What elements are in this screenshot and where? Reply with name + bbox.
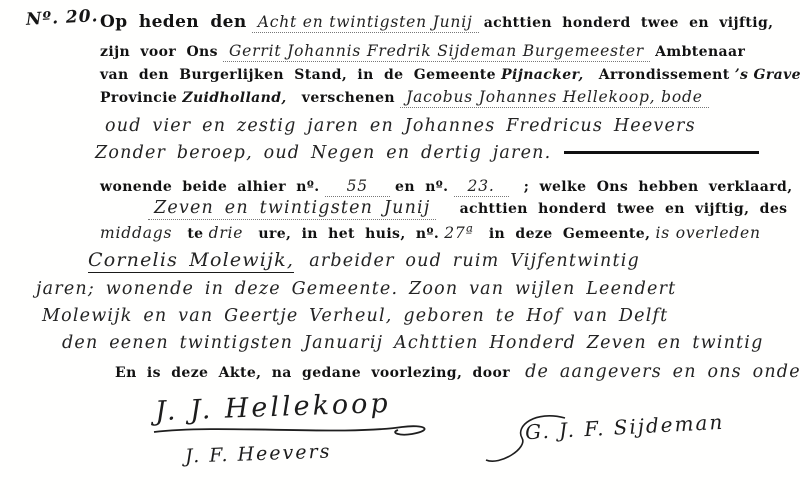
line-deceased-residence-father: jaren; wonende in deze Gemeente. Zoon va… (36, 279, 676, 299)
handwritten-house-number-2: 23. (454, 177, 509, 197)
line-deceased-birthdate: den eenen twintigsten Januarij Achttien … (62, 333, 763, 353)
signature-informant2: J. F. Heevers (185, 440, 332, 467)
handwritten-death-house-number: 27ª (444, 224, 474, 242)
handwritten-deceased-name: Cornelis Molewijk, (88, 249, 294, 273)
handwritten-registration-date: Acht en twintigsten Junij (252, 13, 479, 33)
handwritten-deceased-occupation-age: arbeider oud ruim Vijfentwintig (309, 251, 640, 271)
printed-verklaard-dat-op-den: ; welke Ons hebben verklaard, dat op den (524, 179, 800, 195)
handwritten-hour: drie (209, 224, 244, 242)
municipality-name: Pijnacker, (501, 67, 584, 83)
line-closing: En is deze Akte, na gedane voorlezing, d… (115, 362, 800, 382)
line-death-time-place: middags te drie ure, in het huis, nº. 27… (100, 223, 761, 242)
printed-burgerlijke-stand: van den Burgerlijken Stand, in de Gemeen… (100, 67, 496, 83)
printed-verschenen: verschenen (302, 90, 395, 106)
handwritten-informant-ages: oud vier en zestig jaren en Johannes Fre… (105, 116, 696, 136)
line-house-numbers: wonende beide alhier nº. 55 en nº. 23. ;… (100, 176, 800, 195)
printed-provincie: Provincie (100, 90, 177, 106)
handwritten-is-overleden: is overleden (655, 224, 760, 242)
line-informant-ages: oud vier en zestig jaren en Johannes Fre… (105, 116, 696, 136)
printed-wonende-alhier: wonende beide alhier nº. (100, 179, 320, 195)
printed-closing: En is deze Akte, na gedane voorlezing, d… (115, 365, 510, 381)
line-deceased-mother-birthplace: Molewijk en van Geertje Verheul, geboren… (42, 306, 668, 326)
printed-te: te (187, 226, 203, 242)
printed-year-1852: achttien honderd twee en vijftig, (484, 15, 774, 31)
printed-ambtenaar: Ambtenaar (655, 44, 745, 60)
filler-rule (564, 151, 759, 154)
handwritten-informant2-details: Zonder beroep, oud Negen en dertig jaren… (95, 143, 551, 163)
printed-ure-huis-no: ure, in het huis, nº. (258, 226, 439, 242)
handwritten-house-number-1: 55 (325, 177, 390, 197)
line-municipality: van den Burgerlijken Stand, in de Gemeen… (100, 64, 800, 83)
line-informant2-age: Zonder beroep, oud Negen en dertig jaren… (95, 143, 759, 163)
province-name: Zuidholland, (182, 90, 286, 106)
death-certificate-page: Nº. 20. Op heden den Acht en twintigsten… (0, 0, 800, 498)
act-number: Nº. 20. (26, 6, 99, 30)
line-death-date: Zeven en twintigsten Junij achttien hond… (148, 198, 787, 218)
line-province-informant: Provincie Zuidholland, verschenen Jacobu… (100, 87, 709, 106)
printed-zijn-voor-ons: zijn voor Ons (100, 44, 218, 60)
handwritten-death-date: Zeven en twintigsten Junij (148, 198, 436, 220)
line-deceased-name: Cornelis Molewijk, arbeider oud ruim Vij… (88, 249, 640, 271)
line-registrar: zijn voor Ons Gerrit Johannis Fredrik Si… (100, 41, 745, 60)
handwritten-birthdate: den eenen twintigsten Januarij Achttien … (62, 333, 763, 353)
arrondissement-name: ’s Gravenhage, (735, 67, 800, 83)
printed-arrondissement: Arrondissement (599, 67, 730, 83)
handwritten-registrar-name: Gerrit Johannis Fredrik Sijdeman Burgeme… (223, 42, 650, 62)
line-registration-date: Op heden den Acht en twintigsten Junij a… (100, 12, 773, 32)
printed-op-heden-den: Op heden den (100, 12, 247, 32)
handwritten-residence-and-father: jaren; wonende in deze Gemeente. Zoon va… (36, 279, 676, 299)
printed-death-year: achttien honderd twee en vijftig, des (460, 201, 788, 217)
signature-flourish (150, 420, 450, 444)
printed-en-no: en nº. (395, 179, 448, 195)
handwritten-time-of-day: middags (100, 224, 172, 242)
handwritten-closing: de aangevers en ons onderteekend (525, 362, 800, 382)
handwritten-informant1-name: Jacobus Johannes Hellekoop, bode (400, 88, 709, 108)
handwritten-mother-and-birthplace: Molewijk en van Geertje Verheul, geboren… (42, 306, 668, 326)
printed-in-deze-gemeente: in deze Gemeente, (489, 226, 651, 242)
